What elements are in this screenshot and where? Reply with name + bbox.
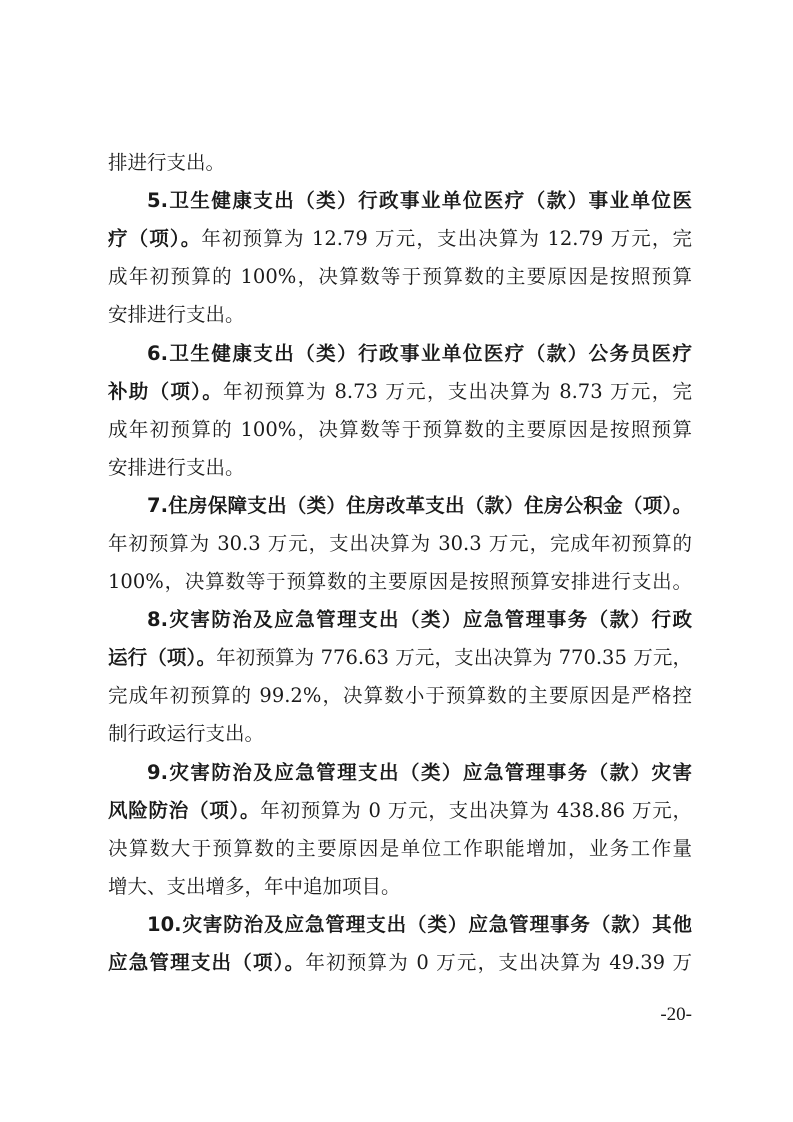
paragraph-line: 年初预算为 30.3 万元，支出决算为 30.3 万元，完成年初预算的 xyxy=(108,530,692,558)
paragraph-line: 运行（项）。年初预算为 776.63 万元，支出决算为 770.35 万元， xyxy=(108,644,692,672)
item-7-heading: 7.住房保障支出（类）住房改革支出（款）住房公积金（项）。 xyxy=(147,492,692,520)
paragraph-line: 100%，决算数等于预算数的主要原因是按照预算安排进行支出。 xyxy=(108,568,692,596)
paragraph-line: 安排进行支出。 xyxy=(108,454,692,482)
item-9-heading: 9.灾害防治及应急管理支出（类）应急管理事务（款）灾害 xyxy=(147,759,692,787)
paragraph-line: 补助（项）。年初预算为 8.73 万元，支出决算为 8.73 万元，完 xyxy=(108,378,692,406)
paragraph-line: 安排进行支出。 xyxy=(108,301,692,329)
paragraph-line: 排进行支出。 xyxy=(108,149,692,177)
paragraph-line: 疗（项）。年初预算为 12.79 万元，支出决算为 12.79 万元，完 xyxy=(108,225,692,253)
item-5-heading: 5.卫生健康支出（类）行政事业单位医疗（款）事业单位医 xyxy=(147,187,692,215)
paragraph-line: 增大、支出增多，年中追加项目。 xyxy=(108,873,692,901)
paragraph-line: 成年初预算的 100%，决算数等于预算数的主要原因是按照预算 xyxy=(108,263,692,291)
item-6-heading: 6.卫生健康支出（类）行政事业单位医疗（款）公务员医疗 xyxy=(147,340,692,368)
paragraph-line: 完成年初预算的 99.2%，决算数小于预算数的主要原因是严格控 xyxy=(108,682,692,710)
paragraph-line: 应急管理支出（项）。年初预算为 0 万元，支出决算为 49.39 万 xyxy=(108,949,692,977)
paragraph-line: 成年初预算的 100%，决算数等于预算数的主要原因是按照预算 xyxy=(108,416,692,444)
page-number: -20- xyxy=(640,1004,692,1026)
paragraph-line: 决算数大于预算数的主要原因是单位工作职能增加，业务工作量 xyxy=(108,835,692,863)
paragraph-line: 制行政运行支出。 xyxy=(108,720,692,748)
paragraph-line: 风险防治（项）。年初预算为 0 万元，支出决算为 438.86 万元， xyxy=(108,797,692,825)
document-page: 排进行支出。 5.卫生健康支出（类）行政事业单位医疗（款）事业单位医 疗（项）。… xyxy=(0,0,793,1122)
item-10-heading: 10.灾害防治及应急管理支出（类）应急管理事务（款）其他 xyxy=(147,911,692,939)
item-8-heading: 8.灾害防治及应急管理支出（类）应急管理事务（款）行政 xyxy=(147,606,692,634)
